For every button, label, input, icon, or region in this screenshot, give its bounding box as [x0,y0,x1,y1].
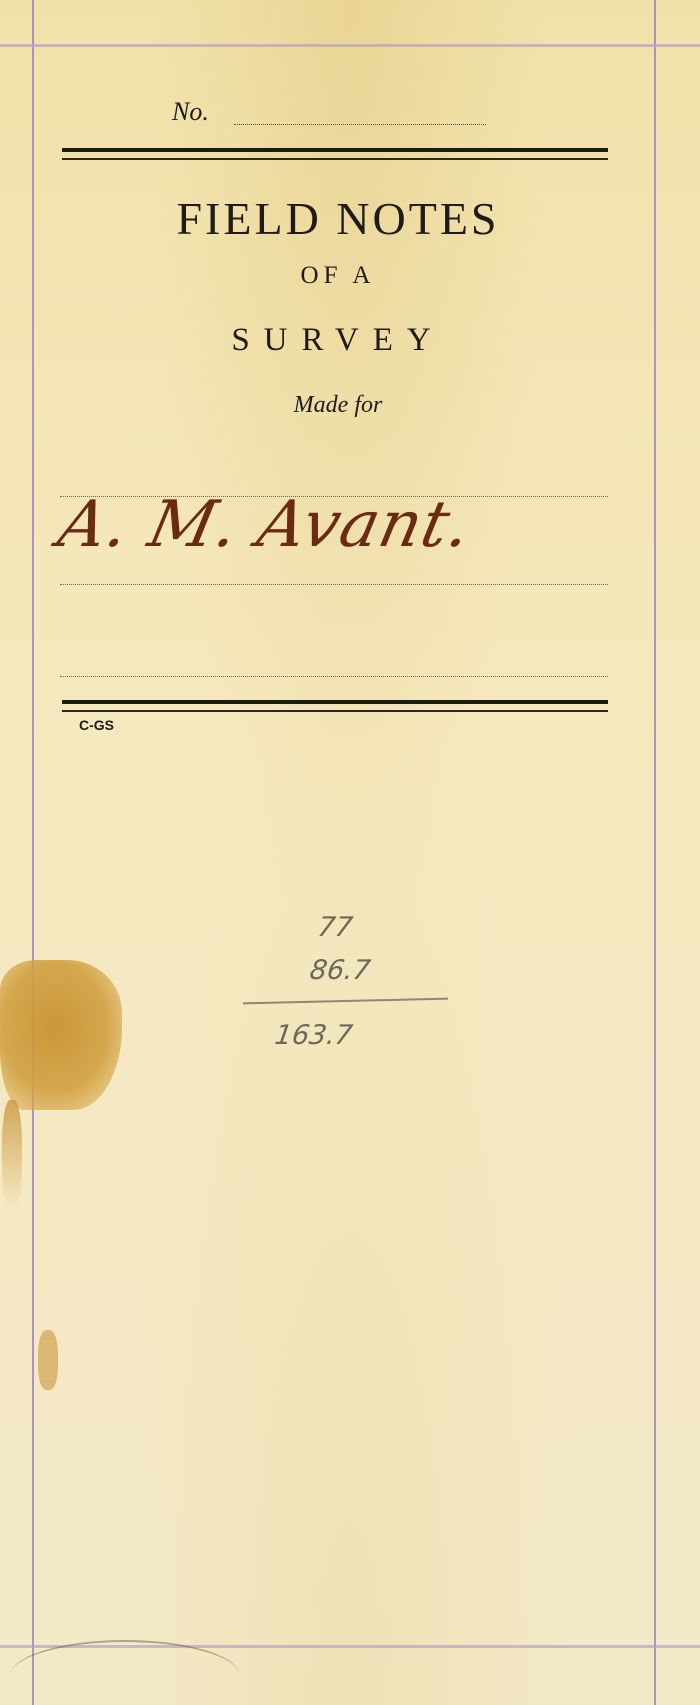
water-stain [0,960,122,1110]
form-code: C-GS [79,717,114,733]
handwritten-name: A. M. Avant. [52,488,478,562]
title-of-a: OF A [0,262,676,290]
footer-rule-thick [62,700,608,704]
made-for-label: Made for [0,392,676,419]
header-rule-thin [62,158,608,160]
pencil-addend-1: 77 [316,912,355,943]
right-margin-rule [654,0,656,1705]
title-field-notes: FIELD NOTES [0,192,676,245]
drip-stain [2,1100,22,1210]
second-line [60,676,608,677]
header-rule-thick [62,148,608,152]
left-margin-rule [32,0,34,1705]
footer-rule-thin [62,710,608,712]
number-label: No. [172,97,209,127]
name-line-bottom [60,584,608,585]
number-field [234,124,486,125]
pencil-addend-2: 86.7 [308,955,372,986]
torn-corner [10,1640,240,1705]
pencil-sum: 163.7 [273,1020,355,1051]
title-survey: SURVEY [0,322,676,359]
small-stain [38,1330,58,1390]
top-rule [0,44,700,47]
paper-background [0,0,700,1705]
